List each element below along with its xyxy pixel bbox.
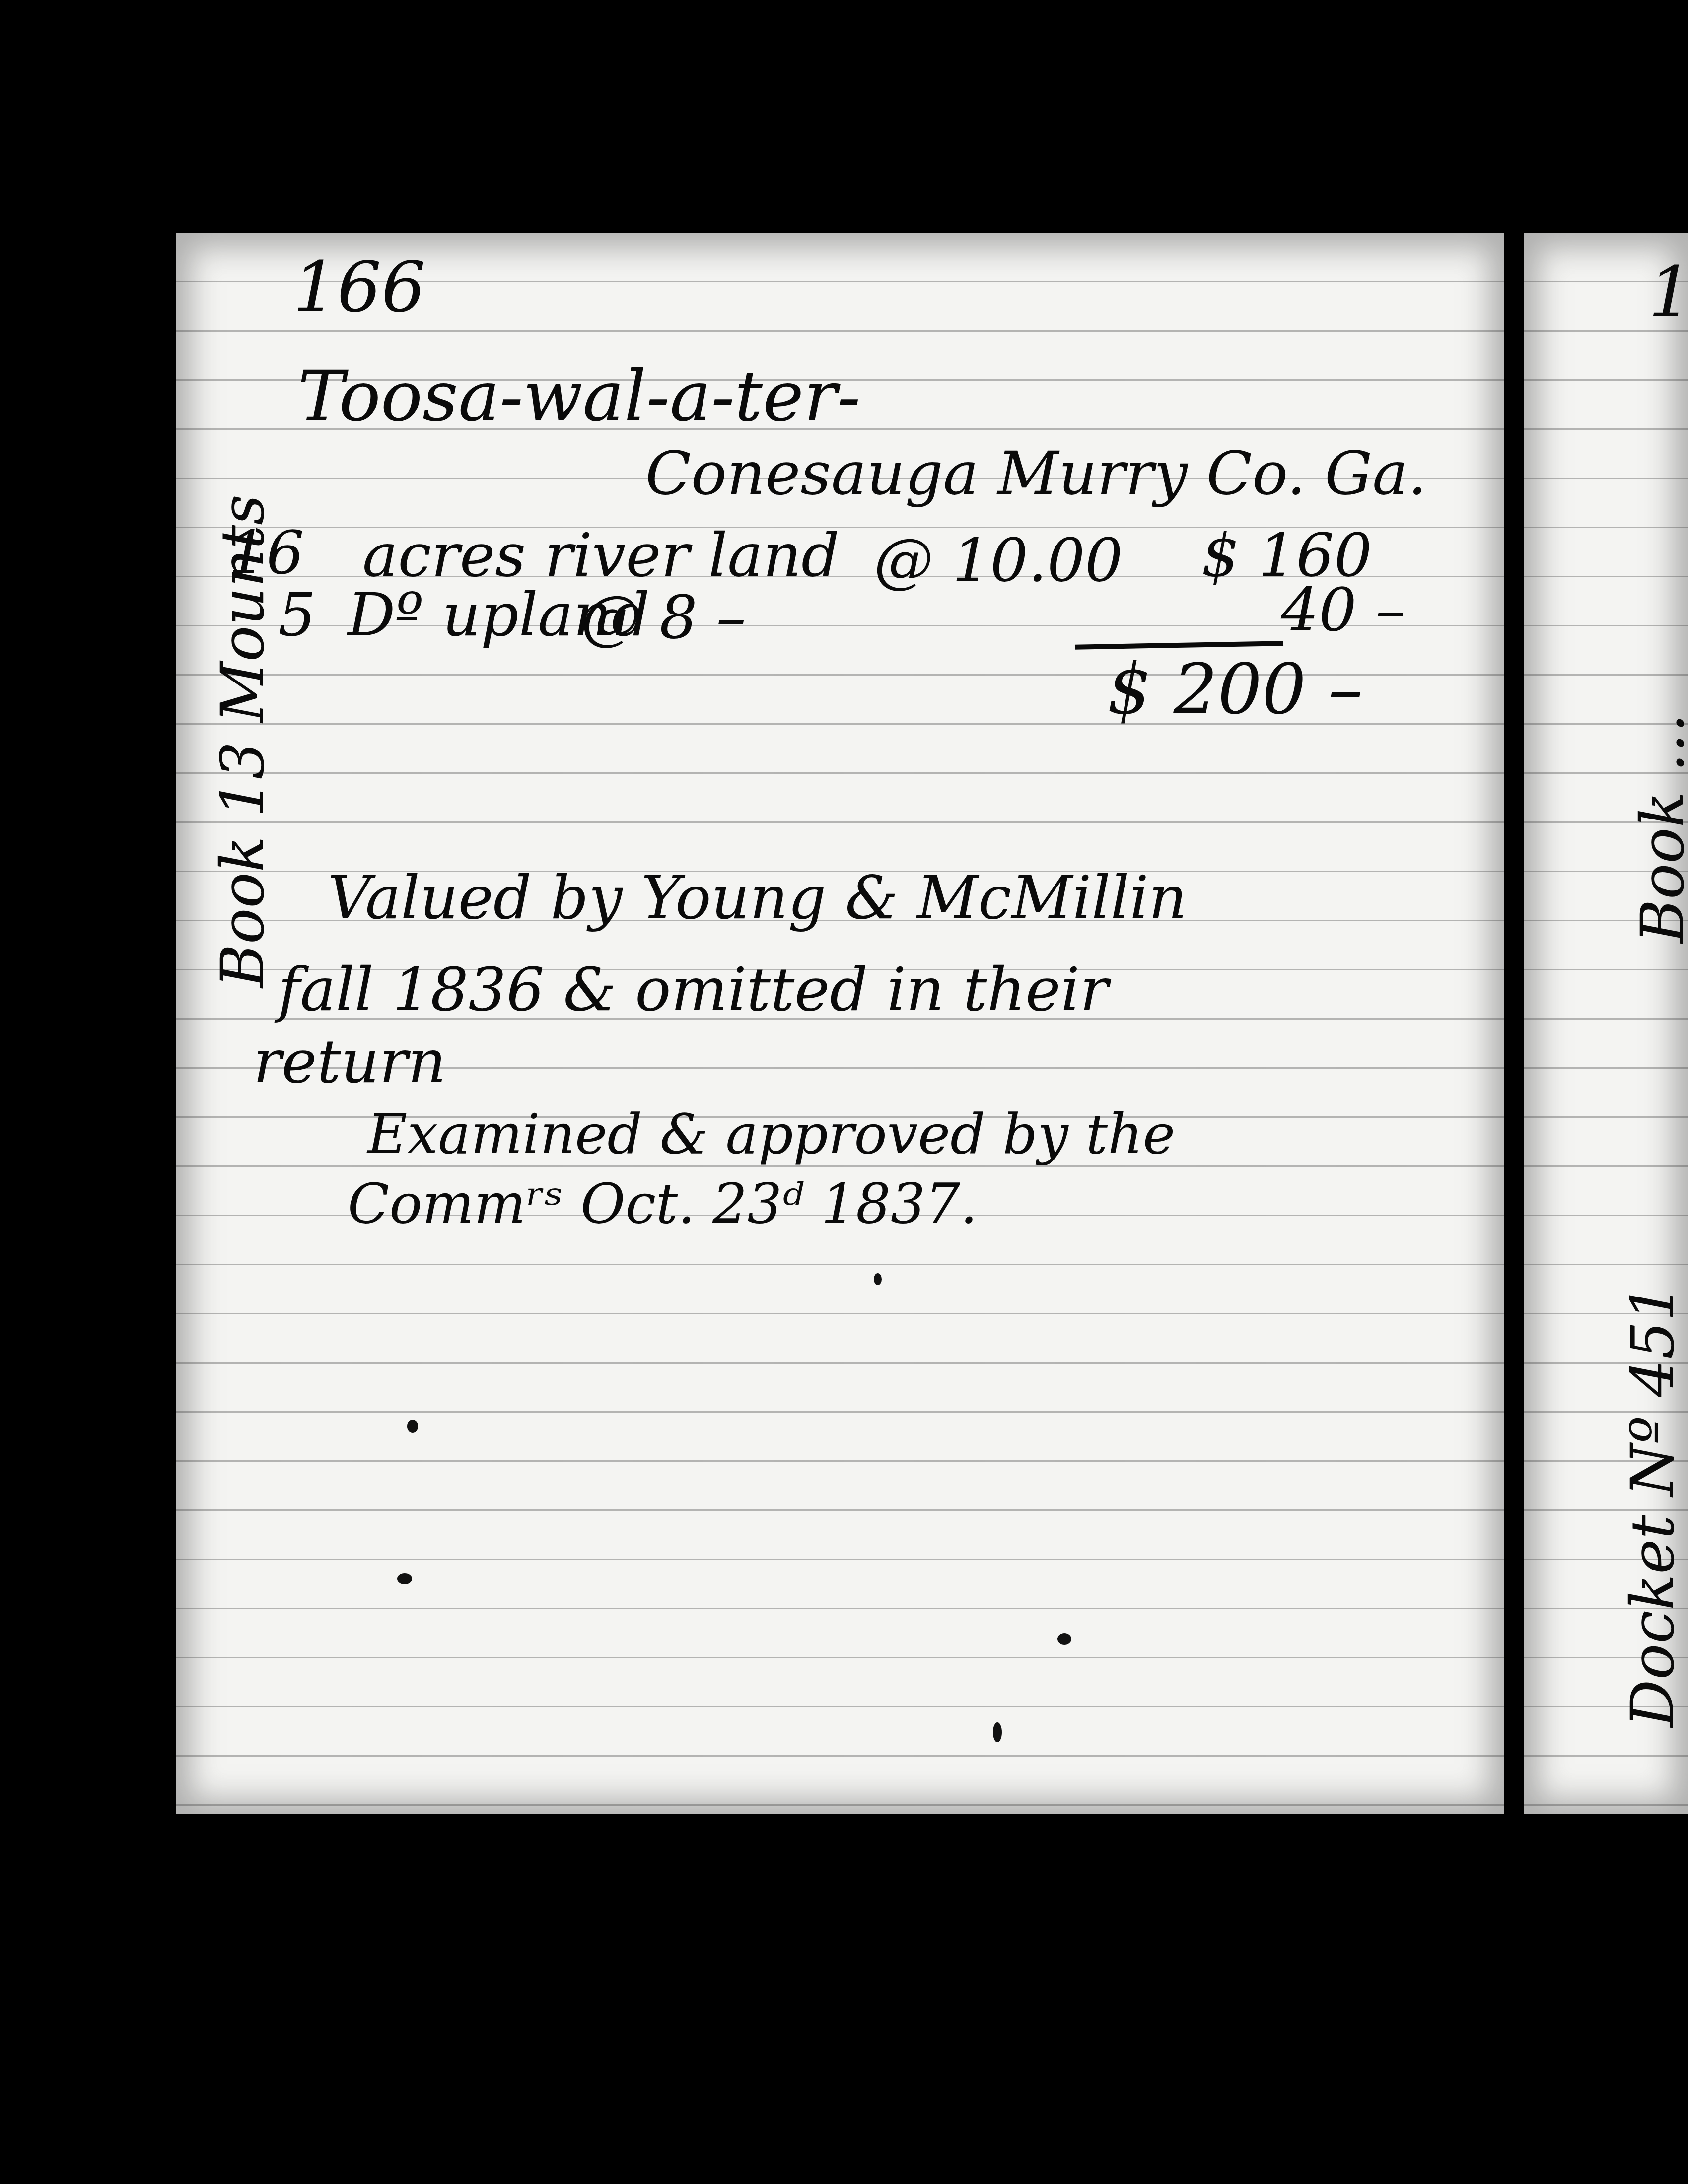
ink-blot [1057,1633,1071,1645]
valuation-note-line-1: Valued by Young & McMillin [328,869,1187,928]
adjacent-margin-note-bottom: Docket Nº 451 [1623,1284,1683,1727]
heading-name: Toosa-wal-a-ter- [298,362,860,432]
line-item-description: acres river land [362,526,840,586]
line-item-rate: @ 8 – [581,588,746,648]
valuation-note-line-3: return [253,1032,446,1092]
ink-blot [407,1420,418,1433]
approval-line-1: Examined & approved by the [367,1107,1175,1161]
ink-blot [993,1722,1002,1742]
line-item-qty: 5 [278,586,316,645]
line-item-rate: @ 10.00 [874,531,1123,591]
approval-line-2: Commʳˢ Oct. 23ᵈ 1837. [348,1176,978,1231]
ink-blot [397,1573,412,1584]
page-number: 166 [293,253,425,323]
line-item-amount: 40 – [1281,581,1406,640]
adjacent-margin-note-top: Book … [1633,713,1688,943]
location: Conesauga Murry Co. Ga. [645,444,1427,504]
ink-blot [874,1273,882,1285]
valuation-note-line-2: fall 1836 & omitted in their [278,960,1108,1020]
total-amount: $ 200 – [1107,655,1363,725]
line-item-qty: 16 [228,524,304,583]
adjacent-page-number: 1 [1648,258,1688,328]
